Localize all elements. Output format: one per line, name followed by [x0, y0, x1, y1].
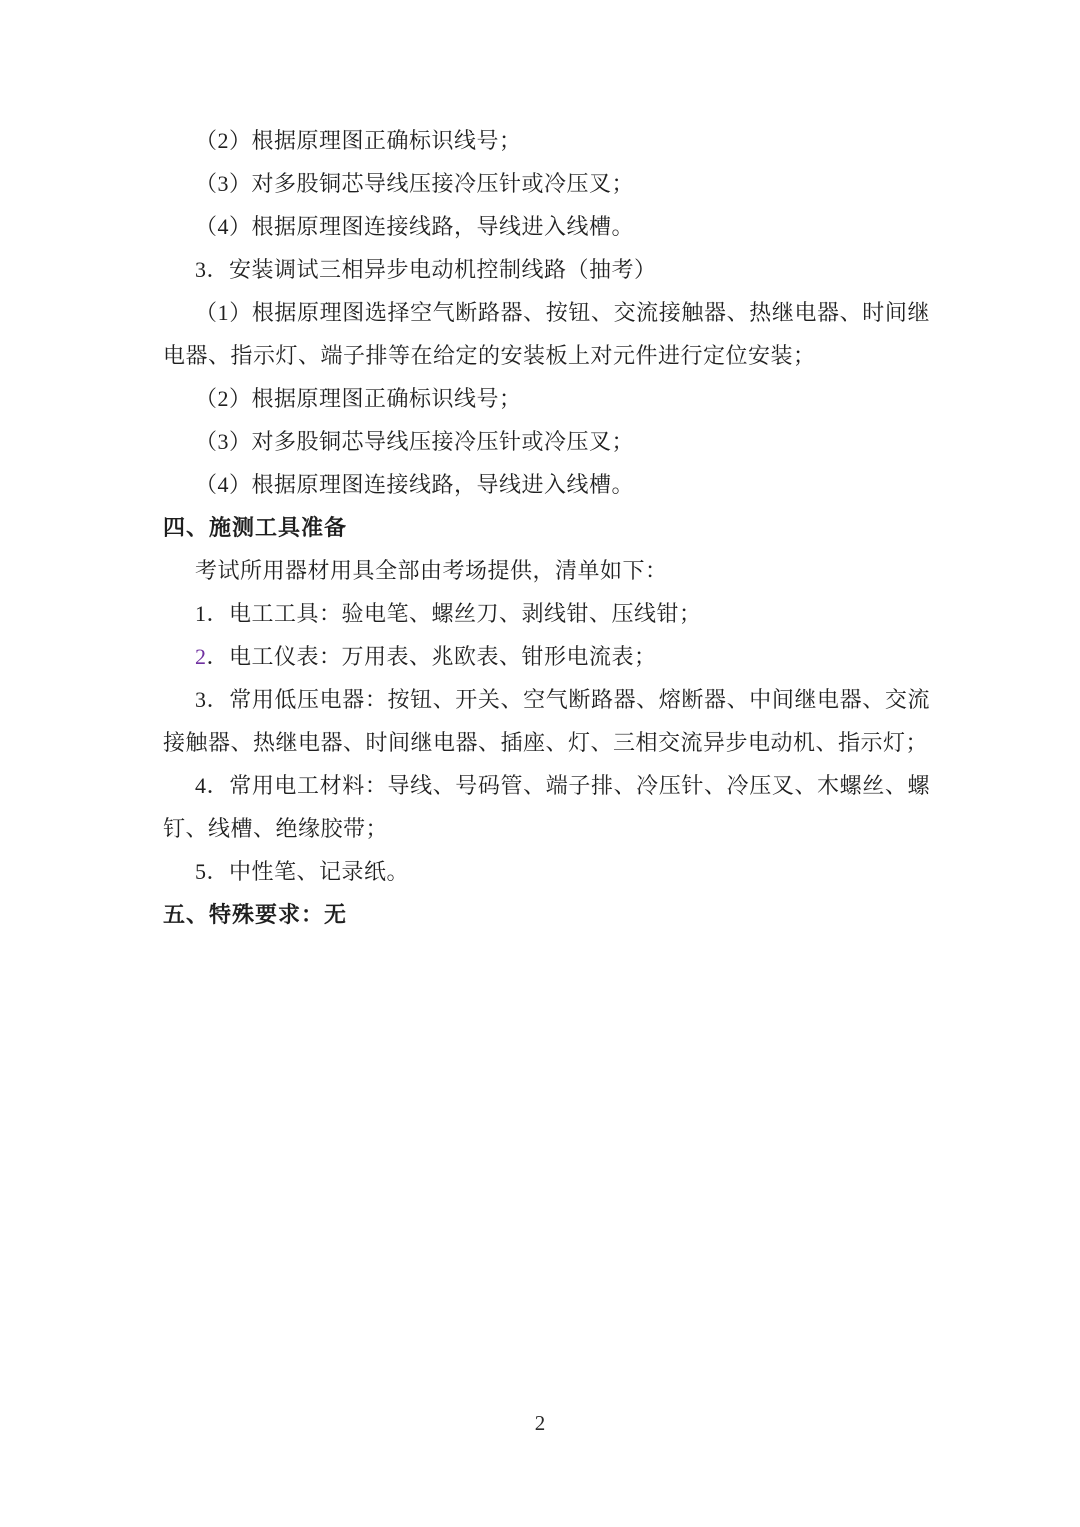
text-segment: （3）对多股铜芯导线压接冷压针或冷压叉；: [195, 171, 634, 196]
text-segment: 电器、指示灯、端子排等在给定的安装板上对元件进行定位安装；: [163, 343, 816, 368]
text-segment: 接触器、热继电器、时间继电器、插座、灯、三相交流异步电动机、指示灯；: [163, 730, 928, 755]
paragraph-line: 2．电工仪表：万用表、兆欧表、钳形电流表；: [163, 635, 930, 678]
paragraph-line: 3．安装调试三相异步电动机控制线路（抽考）: [163, 248, 930, 291]
paragraph-line: （4）根据原理图连接线路，导线进入线槽。: [163, 463, 930, 506]
document-page: （2）根据原理图正确标识线号；（3）对多股铜芯导线压接冷压针或冷压叉；（4）根据…: [0, 0, 1080, 1527]
text-segment: （1）根据原理图选择空气断路器、按钮、交流接触器、热继电器、时间继: [195, 300, 930, 325]
text-segment: （3）对多股铜芯导线压接冷压针或冷压叉；: [195, 429, 634, 454]
page-number: 2: [535, 1411, 546, 1435]
paragraph-line: （2）根据原理图正确标识线号；: [163, 377, 930, 420]
text-segment: 3．安装调试三相异步电动机控制线路（抽考）: [195, 257, 657, 282]
paragraph-line: 钉、线槽、绝缘胶带；: [163, 807, 930, 850]
paragraph-line: （2）根据原理图正确标识线号；: [163, 119, 930, 162]
paragraph-line: 5．中性笔、记录纸。: [163, 850, 930, 893]
text-segment: 1．电工工具：验电笔、螺丝刀、剥线钳、压线钳；: [195, 601, 702, 626]
section-heading: 五、特殊要求：无: [163, 893, 930, 936]
paragraph-line: 考试所用器材用具全部由考场提供，清单如下：: [163, 549, 930, 592]
text-segment: 五、特殊要求：无: [163, 902, 347, 927]
text-segment: 3．常用低压电器：按钮、开关、空气断路器、熔断器、中间继电器、交流: [195, 687, 930, 712]
paragraph-line: 电器、指示灯、端子排等在给定的安装板上对元件进行定位安装；: [163, 334, 930, 377]
text-segment: （2）根据原理图正确标识线号；: [195, 128, 522, 153]
text-segment: 考试所用器材用具全部由考场提供，清单如下：: [195, 558, 668, 583]
paragraph-line: （4）根据原理图连接线路，导线进入线槽。: [163, 205, 930, 248]
text-segment: （4）根据原理图连接线路，导线进入线槽。: [195, 214, 634, 239]
text-segment: （2）根据原理图正确标识线号；: [195, 386, 522, 411]
text-segment: 2: [195, 644, 207, 669]
paragraph-line: 3．常用低压电器：按钮、开关、空气断路器、熔断器、中间继电器、交流: [163, 678, 930, 721]
document-body: （2）根据原理图正确标识线号；（3）对多股铜芯导线压接冷压针或冷压叉；（4）根据…: [163, 119, 930, 936]
text-segment: 钉、线槽、绝缘胶带；: [163, 816, 388, 841]
text-segment: 5．中性笔、记录纸。: [195, 859, 409, 884]
paragraph-line: （3）对多股铜芯导线压接冷压针或冷压叉；: [163, 420, 930, 463]
text-segment: 4．常用电工材料：导线、号码管、端子排、冷压针、冷压叉、木螺丝、螺: [195, 773, 930, 798]
text-segment: ．电工仪表：万用表、兆欧表、钳形电流表；: [207, 644, 657, 669]
section-heading: 四、施测工具准备: [163, 506, 930, 549]
paragraph-line: 接触器、热继电器、时间继电器、插座、灯、三相交流异步电动机、指示灯；: [163, 721, 930, 764]
paragraph-line: 1．电工工具：验电笔、螺丝刀、剥线钳、压线钳；: [163, 592, 930, 635]
text-segment: 四、施测工具准备: [163, 515, 347, 540]
paragraph-line: （3）对多股铜芯导线压接冷压针或冷压叉；: [163, 162, 930, 205]
paragraph-line: （1）根据原理图选择空气断路器、按钮、交流接触器、热继电器、时间继: [163, 291, 930, 334]
paragraph-line: 4．常用电工材料：导线、号码管、端子排、冷压针、冷压叉、木螺丝、螺: [163, 764, 930, 807]
text-segment: （4）根据原理图连接线路，导线进入线槽。: [195, 472, 634, 497]
page-footer: 2: [0, 1408, 1080, 1438]
